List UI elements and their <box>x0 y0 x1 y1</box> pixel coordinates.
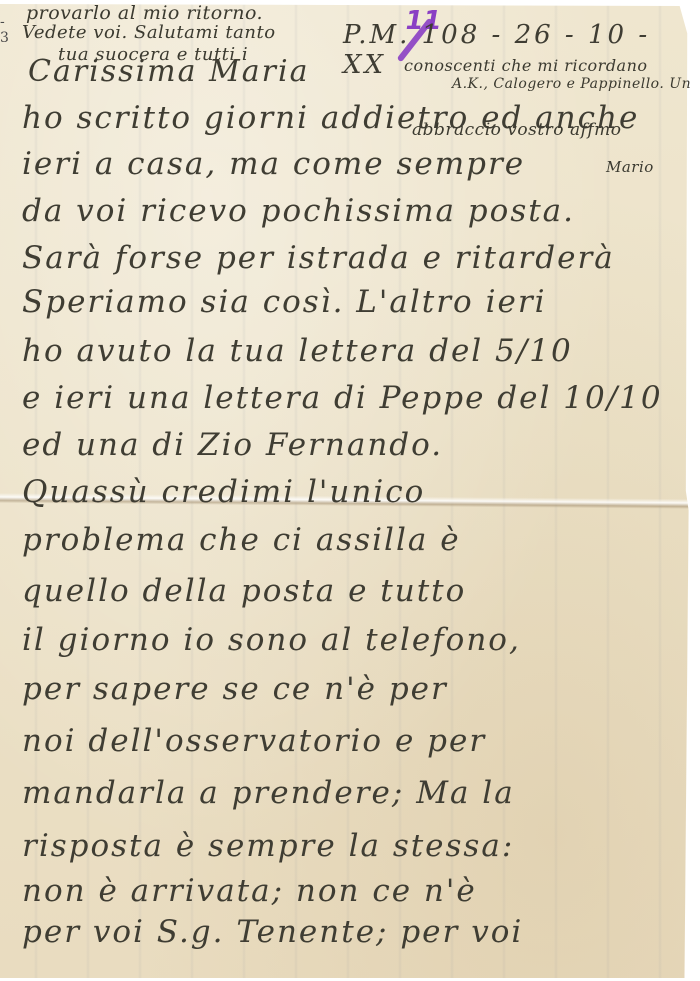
body-line-3: da voi ricevo pochissima posta. <box>22 193 575 229</box>
body-line-16: risposta è sempre la stessa: <box>22 828 514 864</box>
right-note-line-1: conoscenti che mi ricordano <box>404 56 648 75</box>
body-line-14: noi dell'osservatorio e per <box>22 723 486 759</box>
body-line-15: mandarla a prendere; Ma la <box>22 775 515 811</box>
body-line-4: Sarà forse per istrada e ritarderà <box>22 240 615 276</box>
body-line-17: non è arrivata; non ce n'è <box>22 873 477 909</box>
salutation: Carissima Maria <box>28 54 309 89</box>
edge-mark: 3 <box>0 30 9 46</box>
right-note-line-2: A.K., Calogero e Pappinello. Un <box>452 76 691 92</box>
body-line-7: e ieri una lettera di Peppe del 10/10 <box>22 380 663 416</box>
body-line-6: ho avuto la tua lettera del 5/10 <box>22 333 573 369</box>
body-line-18: per voi S.g. Tenente; per voi <box>22 914 523 950</box>
body-line-1: ho scritto giorni addietro ed anche <box>22 100 639 136</box>
body-line-12: il giorno io sono al telefono, <box>22 622 521 658</box>
body-line-11: quello della posta e tutto <box>22 573 466 609</box>
body-line-9: Quassù credimi l'unico <box>22 474 425 510</box>
body-line-2: ieri a casa, ma come sempre <box>22 146 525 182</box>
edge-mark: - <box>0 14 5 30</box>
body-line-10: problema che ci assilla è <box>22 522 461 558</box>
body-line-8: ed una di Zio Fernando. <box>22 427 443 463</box>
right-note-signature: Mario <box>606 158 654 176</box>
top-note-line-2: Vedete voi. Salutami tanto <box>22 22 276 43</box>
body-line-13: per sapere se ce n'è per <box>22 671 448 707</box>
top-note-line-1: provarlo al mio ritorno. <box>26 2 263 24</box>
body-line-5: Speriamo sia così. L'altro ieri <box>22 284 547 320</box>
